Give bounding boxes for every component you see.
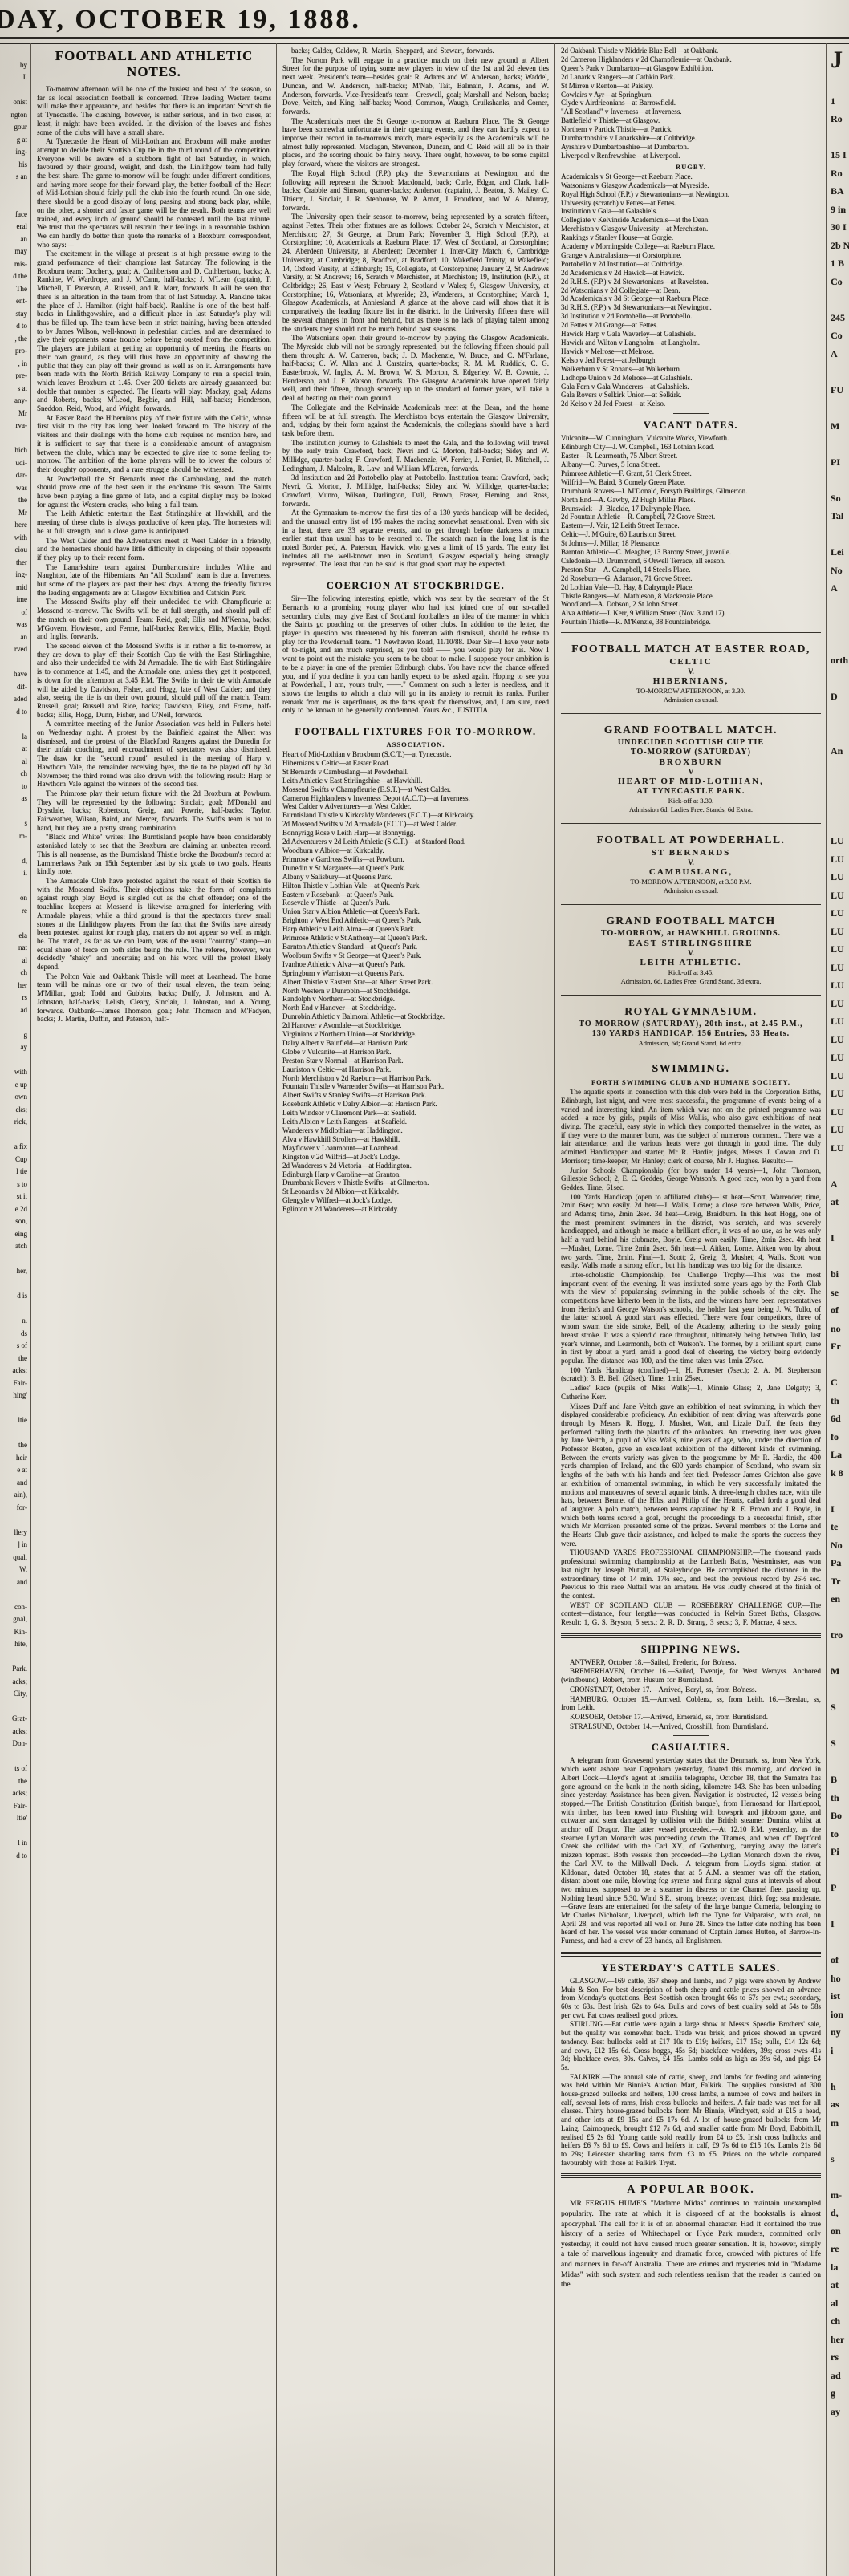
text-fragment: her, [0,1265,27,1278]
article-paragraph: The Lanarkshire team against Dumbartonsh… [37,563,271,598]
text-fragment: h [831,2078,849,2096]
text-fragment: and [0,1576,27,1589]
article-paragraph: Ladies' Race (pupils of Miss Walls)—1, M… [561,1384,821,1401]
text-fragment [0,1825,27,1838]
fixture-line: "All Scotland" v Inverness—at Inverness. [561,108,821,116]
text-fragment: at [831,2276,849,2294]
text-fragment: s at [0,383,27,396]
text-fragment: the [0,1439,27,1452]
fixture-line: Preston Star v Normal—at Harrison Park. [282,1057,549,1065]
text-fragment: rva- [0,420,27,432]
vacant-date-line: Easter—R. Learmonth, 75 Albert Street. [561,452,821,460]
text-fragment: ay [831,2403,849,2421]
text-fragment: No [831,1536,849,1555]
text-fragment [0,1303,27,1316]
text-fragment: an [0,233,27,246]
letter-body: Sir—The following interesting epistle, w… [282,594,549,715]
letter-paragraph: Sir—The following interesting epistle, w… [282,594,549,715]
advert-subtitle: TO-MORROW (SATURDAY) [561,748,821,757]
text-fragment [831,1897,849,1916]
column-football-notes: FOOTBALL AND ATHLETIC NOTES. To-morrow a… [37,47,271,2576]
text-fragment: and [0,1477,27,1490]
text-fragment [831,1247,849,1266]
text-fragment [0,1427,27,1440]
text-fragment: Ro [831,110,849,128]
advert-kickoff: Kick-off at 3.30. [561,797,821,805]
fixture-line: Springburn v Warriston—at Queen's Park. [282,969,549,978]
text-fragment: LU [831,1103,849,1122]
fixture-line: St Bernards v Cambuslang—at Powderhall. [282,768,549,777]
fixture-line: 2d Lanark v Rangers—at Cathkin Park. [561,73,821,82]
fixture-line: Walkerburn v St Ronans—at Walkerburn. [561,365,821,374]
column-divider-rule [554,43,555,2576]
text-fragment: al [0,955,27,968]
text-fragment: th [831,1789,849,1807]
text-fragment: M [831,417,849,436]
text-fragment: LU [831,995,849,1013]
book-review-body: MR FERGUS HUME'S "Madame Midas" continue… [561,2199,821,2290]
fixture-line: Virginians v Northern Union—at Stockbrid… [282,1030,549,1039]
text-fragment: d to [0,706,27,719]
text-fragment: gnal, [0,1613,27,1626]
text-fragment [0,1402,27,1415]
text-fragment: rs [0,992,27,1004]
fixture-line: Hawick v Melrose—at Melrose. [561,347,821,356]
fixture-line: Union Star v Albion Athletic—at Queen's … [282,907,549,916]
text-fragment: d to [0,320,27,333]
fixture-line: Clyde v Airdrieonians—at Barrowfield. [561,99,821,108]
cut-off-right-column: J 1Ro 15 IRoBA9 in30 I2b N1 BCo 245CoA F… [831,47,849,2576]
text-fragment: al [831,2294,849,2313]
text-fragment: fo [831,1428,849,1446]
article-paragraph: The West Calder and the Adventurers meet… [37,537,271,562]
advert-admission: Admission as usual. [561,696,821,704]
text-fragment: own [0,1091,27,1104]
text-fragment: Mr [0,507,27,520]
fixture-line: Hawick Harp v Gala Waverley—at Galashiel… [561,330,821,339]
fixture-line: Ladhope Union v 2d Melrose—at Galashiels… [561,374,821,383]
subsection-label: ASSOCIATION. [282,740,549,748]
text-fragment: 6d [831,1410,849,1428]
text-fragment [831,2132,849,2150]
text-fragment: ing- [0,569,27,582]
section-headline: SHIPPING NEWS. [561,1644,821,1656]
text-fragment: eral [0,221,27,233]
text-fragment: s of [0,1340,27,1353]
text-fragment: here [0,519,27,532]
text-fragment: ciou [0,544,27,557]
fixture-line: Albany v Salisbury—at Queen's Park. [282,873,549,882]
text-fragment: W. [0,1564,27,1576]
text-fragment: 2b N [831,237,849,255]
vacant-date-line: Fountain Thistle—R. M'Kenzie, 38 Fountai… [561,618,821,627]
fixture-line: Portobello v 2d Institution—at Coltbridg… [561,260,821,269]
advert-title: FOOTBALL AT POWDERHALL. [561,834,821,846]
text-fragment: udi- [0,457,27,470]
fixtures-list: Heart of Mid-Lothian v Broxburn (S.C.T.)… [282,750,549,1214]
text-fragment: no [831,1320,849,1338]
text-fragment: for- [0,1502,27,1515]
article-paragraph: At Easter Road the Hibernians play off t… [37,414,271,474]
advert-title: GRAND FOOTBALL MATCH. [561,724,821,736]
text-fragment: ad [831,2367,849,2385]
fixture-line: St Mirren v Renton—at Paisley. [561,82,821,91]
text-fragment: pro- [0,345,27,358]
text-fragment [0,805,27,818]
text-fragment: by [0,59,27,72]
article-paragraph: The Watsonians open their ground to-morr… [282,334,549,403]
text-fragment: re [831,2240,849,2258]
fixture-line: Academy v Morningside College—at Raeburn… [561,242,821,251]
advert-hawkhill-match: GRAND FOOTBALL MATCH TO-MORROW, at HAWKH… [561,911,821,989]
text-fragment: La [831,1446,849,1464]
fixture-line: 2d Hanover v Avondale—at Stockbridge. [282,1021,549,1030]
fixture-line: Dalry Albert v Bainfield—at Harrison Par… [282,1039,549,1048]
article-paragraph: The Royal High School (F.P.) play the St… [282,169,549,213]
text-fragment [0,184,27,197]
text-fragment: Fair- [0,1800,27,1813]
text-fragment: her [0,980,27,992]
text-fragment: nat [0,942,27,955]
swimming-report-body: The aquatic sports in connection with th… [561,1088,821,1548]
fixture-line: 3d Academicals v 3d St George—at Raeburn… [561,294,821,303]
text-fragment: n. [0,1315,27,1328]
vacant-date-line: Woodland—A. Dobson, 2 St John Street. [561,600,821,609]
shipping-entry: STRALSUND, October 14.—Arrived, Crosshil… [561,1722,821,1731]
section-headline: VACANT DATES. [561,420,821,432]
article-paragraph: At Tynecastle the Heart of Mid-Lothian a… [37,137,271,249]
text-fragment: have [0,668,27,681]
text-fragment [831,760,849,778]
text-fragment: d to [0,1850,27,1863]
article-paragraph: The Mossend Swifts play off their undeci… [37,598,271,641]
fixture-line: Eglinton v 2d Wanderers—at Kirkcaldy. [282,1205,549,1214]
fixture-line: Ivanhoe Athletic v Alva—at Queen's Park. [282,960,549,969]
fixture-line: 2d R.H.S. (F.P.) v 2d Stewartonians—at R… [561,278,821,286]
text-fragment: orth [831,651,849,670]
fixture-line: Dunrobin Athletic v Balmoral Athletic—at… [282,1012,549,1021]
text-fragment [831,1933,849,1952]
text-fragment [0,917,27,930]
text-fragment [831,2420,849,2439]
fixture-line: Lauriston v Celtic—at Harrison Park. [282,1065,549,1074]
text-fragment: , in [0,358,27,371]
vacant-date-line: North End—A. Gawby, 22 Hugh Millar Place… [561,496,821,505]
text-fragment: Pi [831,1843,849,1861]
text-fragment: LU [831,1031,849,1049]
fixture-line: Rankings v Stanley House—at Gorgie. [561,233,821,242]
casualties-body: A telegram from Gravesend yesterday stat… [561,1756,821,1945]
text-fragment: g [831,2384,849,2403]
text-fragment: la [831,2258,849,2277]
fixture-line: Eastern v Rosebank—at Queen's Park. [282,890,549,899]
text-fragment: may [0,245,27,258]
text-fragment: LU [831,868,849,886]
advert-team: CAMBUSLANG, [561,867,821,877]
text-fragment [831,1753,849,1771]
shipping-entry: CRONSTADT, October 17.—Arrived, Beryl, s… [561,1686,821,1694]
text-fragment [831,1482,849,1500]
text-fragment: l in [0,1837,27,1850]
text-fragment: te [831,1518,849,1536]
text-fragment: atch [0,1240,27,1253]
text-fragment: aded [0,693,27,706]
text-fragment [0,1129,27,1142]
text-fragment: dar- [0,469,27,482]
fixture-line: Northern v Partick Thistle—at Partick. [561,125,821,134]
text-fragment: mis- [0,258,27,271]
fixture-line: Gala Fern v Gala Wanderers—at Galashiels… [561,383,821,391]
text-fragment [0,47,27,59]
text-fragment: Park. [0,1663,27,1676]
fixture-line: Mossend Swifts v Champfleurie (E.S.T.)—a… [282,785,549,794]
vacant-date-line: Preston Star—A. Campbell, 14 Steel's Pla… [561,566,821,574]
text-fragment: LU [831,1121,849,1139]
advert-subtitle: TO-MORROW, at HAWKHILL GROUNDS. [561,929,821,938]
text-fragment: rick, [0,1116,27,1129]
text-fragment: D [831,688,849,706]
fixture-line: Battlefield v Thistle—at Glasgow. [561,116,821,125]
text-fragment: 1 [831,92,849,111]
fixture-line: Barnton Athletic v Standard—at Queen's P… [282,943,549,951]
text-fragment: e at [0,1464,27,1477]
text-fragment: Cup [0,1154,27,1166]
fixture-line: Fountain Thistle v Warrender Swifts—at H… [282,1082,549,1091]
fixture-line: 3d Institution v 2d Portobello—at Portob… [561,312,821,321]
text-fragment: on [831,2222,849,2241]
text-fragment: acks; [0,1365,27,1377]
vacant-date-line: Caledonia—D. Drummond, 6 Orwell Terrace,… [561,557,821,566]
fixture-line: Alva v Hawkhill Strollers—at Hawkhill. [282,1135,549,1144]
text-fragment [831,525,849,544]
text-fragment: eing [0,1228,27,1241]
text-fragment: en [831,1590,849,1608]
advert-admission: Admission as usual. [561,886,821,895]
text-fragment: ngton [0,109,27,122]
text-fragment [0,1514,27,1527]
vacant-dates-list: Vulcanite—W. Cunningham, Vulcanite Works… [561,434,821,627]
text-fragment [831,1211,849,1230]
article-paragraph: The Norton Park will engage in a practic… [282,56,549,116]
text-fragment: 15 I [831,146,849,164]
fixture-line: Wanderers v Midlothian—at Haddington. [282,1126,549,1135]
text-fragment: P [831,1879,849,1897]
vacant-date-line: Vulcanite—W. Cunningham, Vulcanite Works… [561,434,821,443]
fixture-line: 2d Cameron Highlanders v 2d Champfleurie… [561,55,821,64]
text-fragment: LU [831,886,849,905]
fixture-line: Hawick and Wilton v Langholm—at Langholm… [561,339,821,347]
text-fragment: his [0,159,27,172]
vacant-date-line: Brunswick—J. Blackie, 17 Dalrymple Place… [561,505,821,513]
cattle-sales-body: GLASGOW.—169 cattle, 367 sheep and lambs… [561,1977,821,2167]
advert-team: LEITH ATHLETIC. [561,958,821,968]
text-fragment: hing' [0,1389,27,1402]
vacant-date-line: Drumbank Rovers—J. M'Donald, Forsyth Bui… [561,487,821,496]
text-fragment [831,1608,849,1627]
advert-versus: V. [561,667,821,675]
text-fragment: s [0,817,27,830]
text-fragment [0,656,27,669]
text-fragment: of [831,1301,849,1320]
shipping-entry: ANTWERP, October 18.—Sailed, Frederic, f… [561,1658,821,1667]
column-fixtures-and-ads: 2d Oakbank Thistle v Niddrie Blue Bell—a… [561,47,821,2576]
text-fragment: l tie [0,1166,27,1178]
text-fragment: ltie [0,1414,27,1427]
fixture-line: Royal High School (F.P.) v Stewartonians… [561,190,821,199]
advert-team: CELTIC [561,657,821,667]
text-fragment: llery [0,1527,27,1540]
text-fragment: tro [831,1626,849,1645]
section-headline: COERCION AT STOCKBRIDGE. [282,580,549,592]
text-fragment [831,399,849,417]
text-fragment: LU [831,940,849,959]
fixture-line: Woodburn v Albion—at Kirkcaldy. [282,846,549,855]
text-fragment: s an [0,171,27,184]
text-fragment: heir [0,1452,27,1465]
text-fragment: ent- [0,295,27,308]
article-body: To-morrow afternoon will be one of the b… [37,85,271,1024]
column-divider-rule [826,43,827,2576]
text-fragment: at [0,743,27,756]
article-paragraph: The Leith Athletic entertain the East St… [37,509,271,535]
article-paragraph: At the Gymnasium to-morrow the first tie… [282,509,549,569]
text-fragment [0,1651,27,1664]
text-fragment: S [831,1698,849,1717]
text-fragment: onist [0,96,27,109]
advert-admission: Admission, 6d. Ladies Free. Grand Stand,… [561,977,821,985]
section-divider [561,2173,821,2178]
fixture-line: Burntisland Thistle v Kirkcaldy Wanderer… [282,811,549,820]
fixture-line: North End v Hanover—at Stockbridge. [282,1004,549,1012]
text-fragment: to [831,1825,849,1844]
subsection-label: RUGBY. [561,163,821,171]
shipping-news-list: ANTWERP, October 18.—Sailed, Frederic, f… [561,1658,821,1731]
text-fragment: C [831,1373,849,1392]
advert-subtitle: TO-MORROW (SATURDAY), 20th inst., at 2.4… [561,1020,821,1028]
text-fragment [831,814,849,833]
text-fragment: The [0,283,27,296]
vacant-date-line: Thistle Rangers—M. Mathieson, 8 Mackenzi… [561,592,821,601]
text-fragment: ther [0,557,27,570]
text-fragment: I. [0,71,27,84]
text-fragment: as [0,793,27,805]
text-fragment: J [831,47,849,74]
fixture-line: Rosevale v Thistle—at Queen's Park. [282,899,549,907]
text-fragment [0,196,27,209]
text-fragment: 9 in [831,201,849,219]
section-headline: YESTERDAY'S CATTLE SALES. [561,1962,821,1974]
text-fragment: was [0,619,27,631]
advert-royal-gymnasium: ROYAL GYMNASIUM. TO-MORROW (SATURDAY), 2… [561,1001,821,1051]
section-divider [398,574,433,574]
fixture-line: Liverpool v Renfrewshire—at Liverpool. [561,152,821,160]
article-paragraph: 3d Institution and 2d Portobello play at… [282,473,549,508]
text-fragment: ts of [0,1763,27,1775]
text-fragment: la [0,731,27,744]
text-fragment [831,1356,849,1374]
text-fragment [831,363,849,381]
text-fragment: son, [0,1215,27,1228]
fixture-line: 2d Watsonians v 2d Collegiate—at Dean. [561,286,821,295]
advert-divider [561,823,821,824]
text-fragment: s to [0,1178,27,1191]
text-fragment: So [831,489,849,508]
fixture-line: Woolburn Swifts v St George—at Queen's P… [282,951,549,960]
text-fragment [0,1253,27,1266]
masthead-rule [0,37,849,44]
advert-team: HEART OF MID-LOTHIAN, [561,777,821,786]
text-fragment: of [831,1951,849,1970]
text-fragment [831,634,849,652]
fixture-line: North Merchiston v 2d Raeburn—at Harriso… [282,1074,549,1083]
article-paragraph: Misses Duff and Jane Veitch gave an exhi… [561,1402,821,1548]
text-fragment [831,2059,849,2078]
text-fragment: gour [0,121,27,134]
text-fragment: Fair- [0,1377,27,1390]
text-fragment: s [831,2150,849,2168]
text-fragment: qual, [0,1552,27,1564]
vacant-date-line: Eastern—J. Vair, 12 Leith Street Terrace… [561,521,821,530]
article-paragraph: The Institution journey to Galashiels to… [282,439,549,473]
text-fragment: PI [831,453,849,472]
text-fragment: An [831,742,849,761]
article-paragraph: A committee meeting of the Junior Associ… [37,720,271,789]
text-fragment [0,718,27,731]
text-fragment: bi [831,1265,849,1284]
text-fragment [0,1054,27,1067]
text-fragment: LU [831,1139,849,1158]
shipping-entry: BREMERHAVEN, October 16.—Sailed, Twentje… [561,1667,821,1684]
vacant-date-line: 2d Lothian Vale—D. Hay, 8 Dalrymple Plac… [561,583,821,592]
section-headline: FOOTBALL AND ATHLETIC NOTES. [37,48,271,80]
text-fragment: Mr [0,408,27,420]
text-fragment: an [0,631,27,644]
shipping-entry: HAMBURG, October 15.—Arrived, Coblenz, s… [561,1695,821,1712]
text-fragment [831,778,849,797]
vacant-date-line: Wilfrid—W. Baird, 3 Comely Green Place. [561,478,821,487]
text-fragment: No [831,562,849,580]
text-fragment [831,598,849,616]
text-fragment: st it [0,1191,27,1203]
text-fragment: re [0,905,27,918]
advert-divider [561,713,821,714]
text-fragment: LU [831,1012,849,1031]
text-fragment: FU [831,381,849,400]
text-fragment: her [831,2331,849,2349]
text-fragment: LU [831,850,849,869]
text-fragment: I [831,1500,849,1519]
text-fragment: LU [831,923,849,941]
text-fragment: ad [0,1004,27,1017]
fixture-line: Harp Athletic v Leith Alma—at Queen's Pa… [282,925,549,934]
vacant-date-line: Albany—C. Purves, 5 Iona Street. [561,460,821,469]
fixture-line: Primrose v Gardross Swifts—at Powburn. [282,855,549,864]
section-headline: A POPULAR BOOK. [561,2184,821,2197]
text-fragment: A [831,1175,849,1194]
fixture-line: Collegiate v Kelvinside Academicals—at t… [561,216,821,225]
fixture-line: Edinburgh Harp v Caroline—at Granton. [282,1170,549,1179]
column-divider-rule [276,43,277,2576]
fixture-line: St Leonard's v 2d Albion—at Kirkcaldy. [282,1187,549,1196]
text-fragment [831,796,849,814]
article-paragraph: 100 Yards Handicap (open to affiliated c… [561,1193,821,1270]
fixture-line: 2d Kelso v 2d Jed Forest—at Kelso. [561,400,821,408]
fixture-line: 2d Wanderers v 2d Victoria—at Haddington… [282,1162,549,1170]
article-paragraph: 100 Yards Handicap (confined)—1, H. Forr… [561,1366,821,1383]
fixture-line: 2d Adventurers v 2d Leith Athletic (S.C.… [282,838,549,846]
text-fragment [0,1278,27,1291]
article-paragraph: The Armadale Club have protested against… [37,877,271,972]
